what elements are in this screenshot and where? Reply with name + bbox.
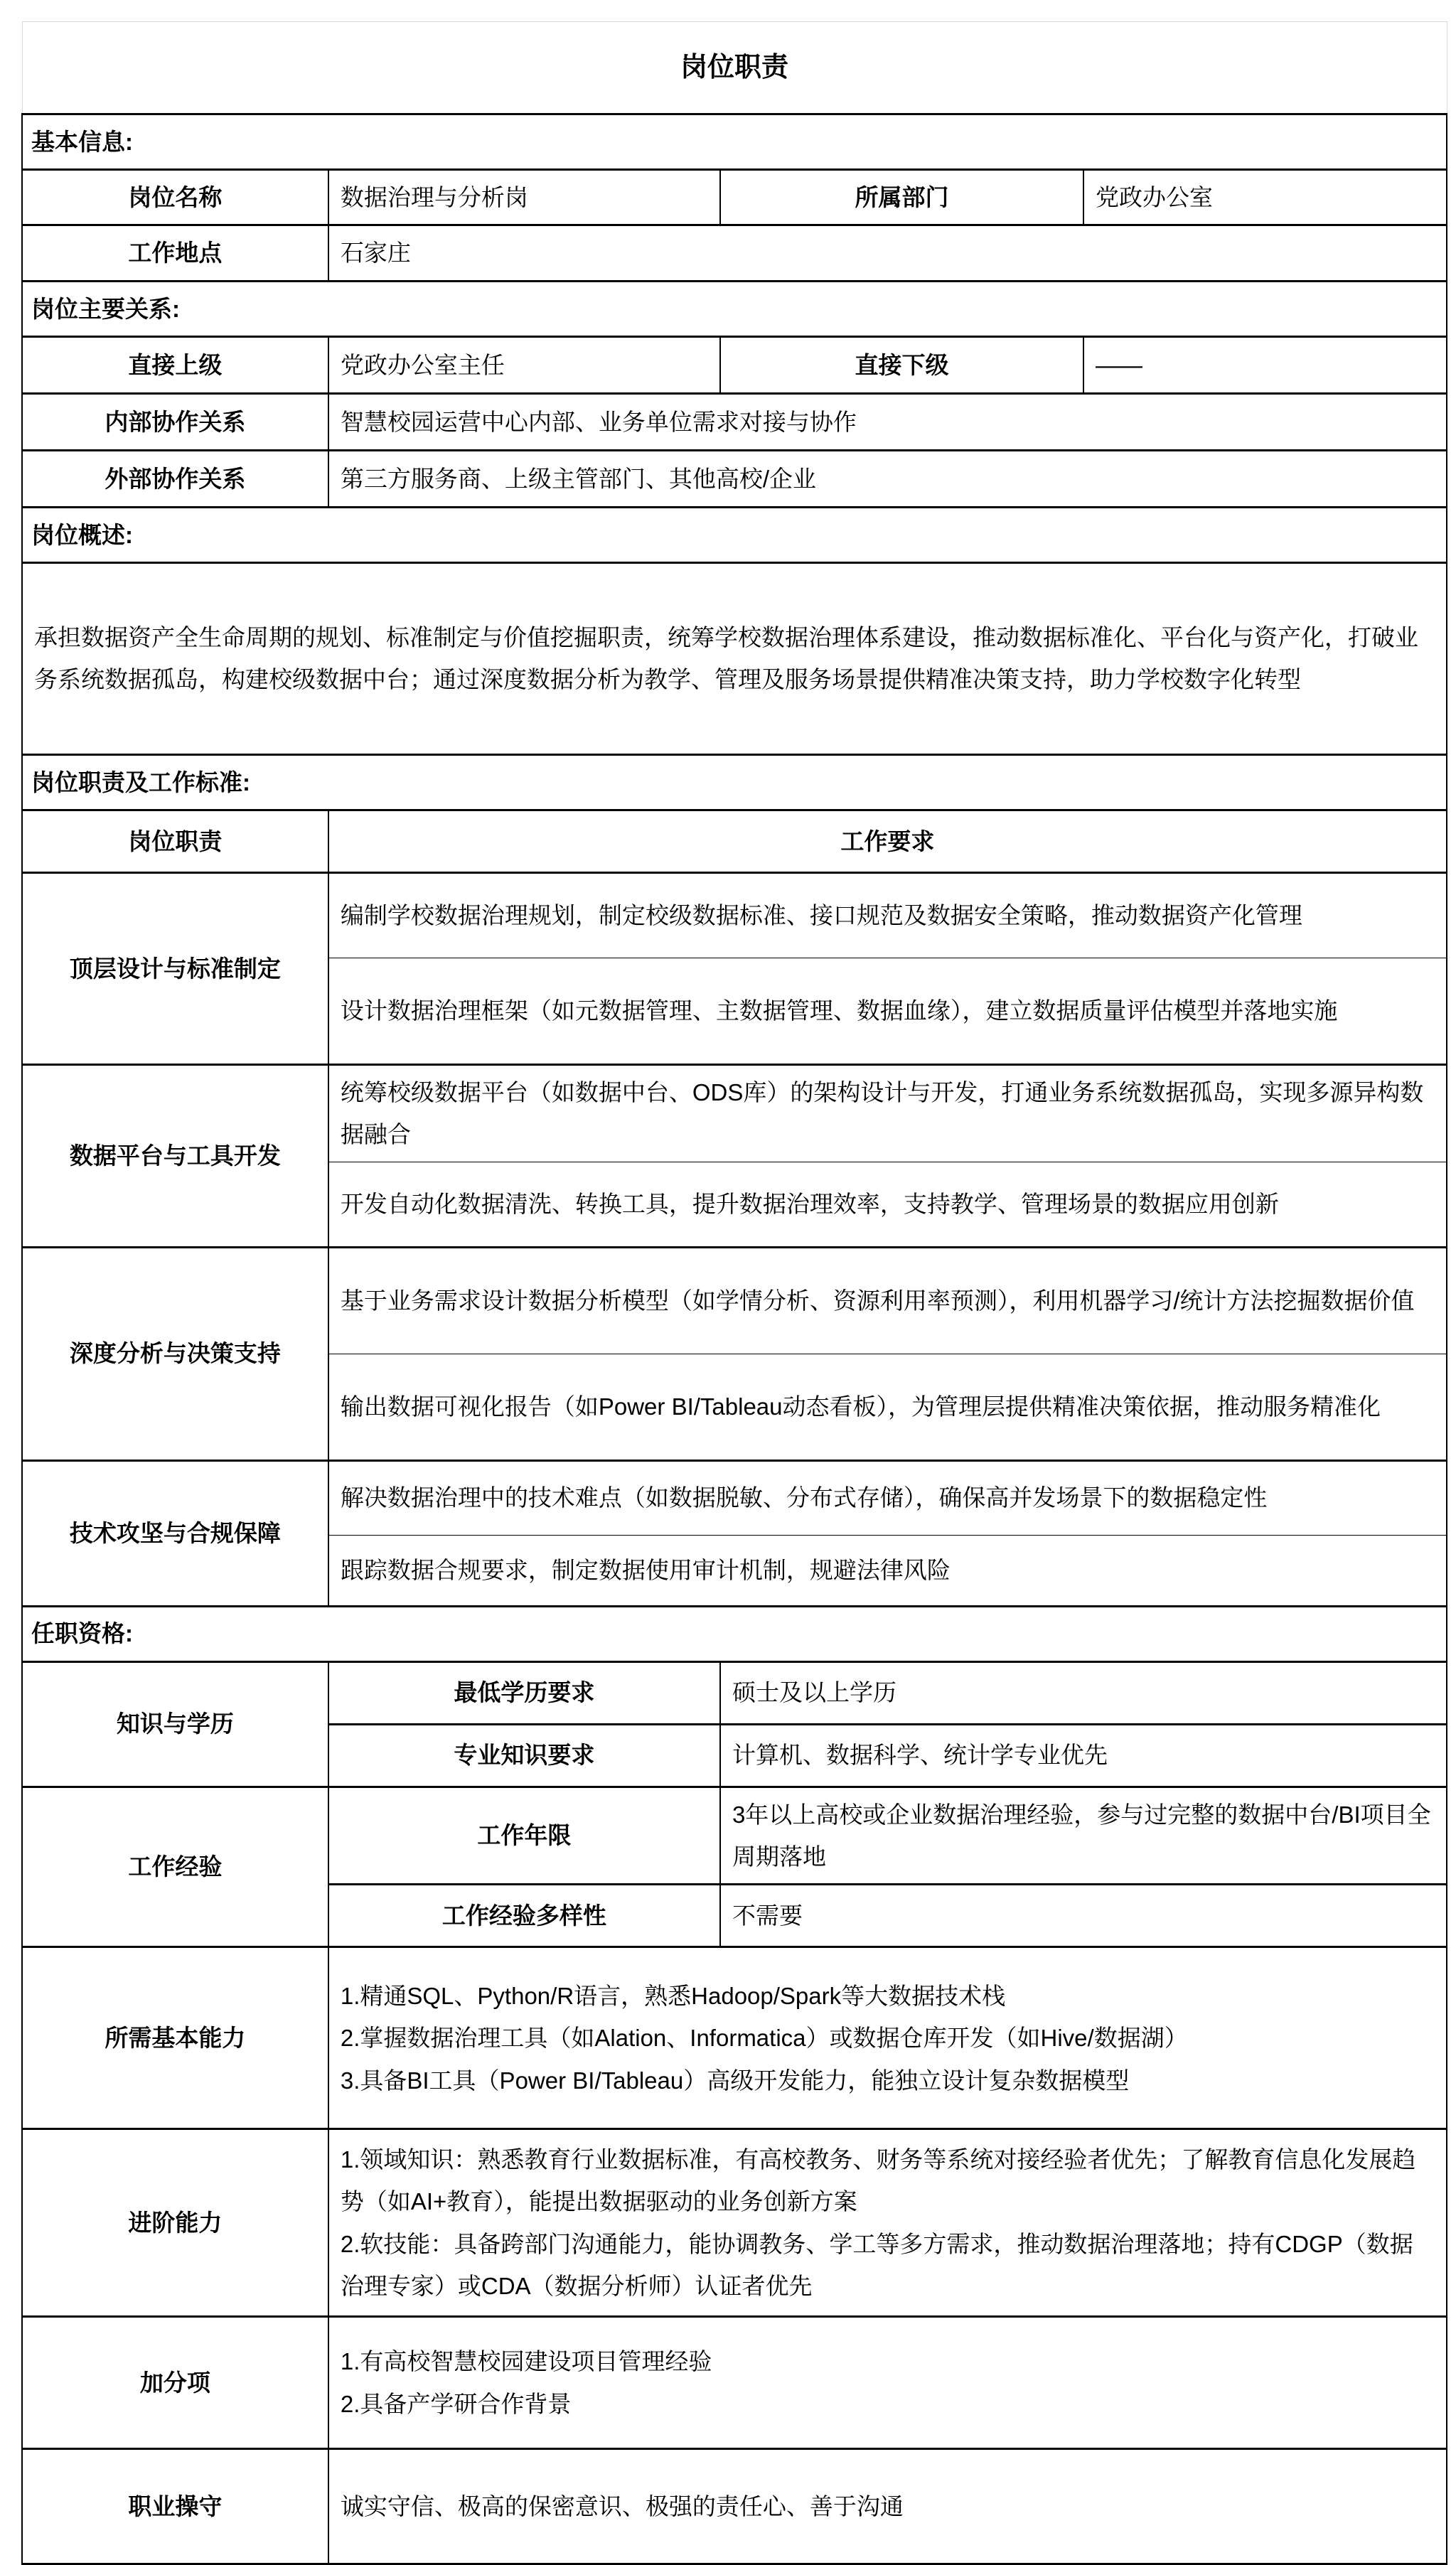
ability-line: 2.软技能：具备跨部门沟通能力，能协调教务、学工等多方需求，推动数据治理落地；持…	[341, 2223, 1435, 2308]
duty-name: 顶层设计与标准制定	[22, 872, 328, 1064]
section-header-qualifications: 任职资格:	[22, 1606, 1447, 1661]
value-internal-collaboration: 智慧校园运营中心内部、业务单位需求对接与协作	[328, 393, 1447, 450]
ability-line: 1.有高校智慧校园建设项目管理经验	[341, 2340, 1435, 2382]
value-professional-ethics: 诚实守信、极高的保密意识、极强的责任心、善于沟通	[328, 2449, 1447, 2564]
label-position-name: 岗位名称	[22, 170, 328, 225]
qualification-group-experience: 工作经验	[22, 1787, 328, 1947]
label-basic-abilities: 所需基本能力	[22, 1947, 328, 2129]
ability-line: 1.精通SQL、Python/R语言，熟悉Hadoop/Spark等大数据技术栈	[341, 1975, 1435, 2017]
value-years-of-experience: 3年以上高校或企业数据治理经验，参与过完整的数据中台/BI项目全周期落地	[720, 1787, 1447, 1885]
duty-name: 技术攻坚与合规保障	[22, 1460, 328, 1606]
value-department: 党政办公室	[1083, 170, 1447, 225]
duty-requirement: 开发自动化数据清洗、转换工具，提升数据治理效率，支持教学、管理场景的数据应用创新	[328, 1162, 1447, 1247]
job-description-table: 岗位职责 基本信息: 岗位名称 数据治理与分析岗 所属部门 党政办公室 工作地点…	[21, 21, 1447, 2565]
duty-requirement: 输出数据可视化报告（如Power BI/Tableau动态看板），为管理层提供精…	[328, 1354, 1447, 1460]
label-internal-collaboration: 内部协作关系	[22, 393, 328, 450]
duty-requirement: 统筹校级数据平台（如数据中台、ODS库）的架构设计与开发，打通业务系统数据孤岛，…	[328, 1064, 1447, 1162]
value-bonus-points: 1.有高校智慧校园建设项目管理经验 2.具备产学研合作背景	[328, 2317, 1447, 2449]
label-external-collaboration: 外部协作关系	[22, 450, 328, 507]
label-professional-knowledge: 专业知识要求	[328, 1724, 720, 1787]
value-min-education: 硕士及以上学历	[720, 1661, 1447, 1724]
label-min-education: 最低学历要求	[328, 1661, 720, 1724]
value-work-location: 石家庄	[328, 225, 1447, 281]
duties-column-header-duty: 岗位职责	[22, 810, 328, 872]
duty-requirement: 设计数据治理框架（如元数据管理、主数据管理、数据血缘），建立数据质量评估模型并落…	[328, 958, 1447, 1064]
ability-line: 3.具备BI工具（Power BI/Tableau）高级开发能力，能独立设计复杂…	[341, 2060, 1435, 2101]
overview-paragraph: 承担数据资产全生命周期的规划、标准制定与价值挖掘职责，统筹学校数据治理体系建设，…	[22, 562, 1447, 754]
value-basic-abilities: 1.精通SQL、Python/R语言，熟悉Hadoop/Spark等大数据技术栈…	[328, 1947, 1447, 2129]
duties-column-header-requirement: 工作要求	[328, 810, 1447, 872]
ability-line: 2.掌握数据治理工具（如Alation、Informatica）或数据仓库开发（…	[341, 2017, 1435, 2059]
ability-line: 2.具备产学研合作背景	[341, 2383, 1435, 2425]
section-header-duties: 岗位职责及工作标准:	[22, 754, 1447, 810]
ability-line: 诚实守信、极高的保密意识、极强的责任心、善于沟通	[341, 2485, 1435, 2527]
duty-requirement: 跟踪数据合规要求，制定数据使用审计机制，规避法律风险	[328, 1535, 1447, 1606]
label-direct-subordinate: 直接下级	[720, 336, 1083, 393]
duty-requirement: 编制学校数据治理规划，制定校级数据标准、接口规范及数据安全策略，推动数据资产化管…	[328, 872, 1447, 958]
qualification-group-knowledge: 知识与学历	[22, 1661, 328, 1787]
label-bonus-points: 加分项	[22, 2317, 328, 2449]
duty-requirement: 基于业务需求设计数据分析模型（如学情分析、资源利用率预测），利用机器学习/统计方…	[328, 1247, 1447, 1354]
ability-line: 1.领域知识：熟悉教育行业数据标准，有高校教务、财务等系统对接经验者优先；了解教…	[341, 2138, 1435, 2223]
value-direct-supervisor: 党政办公室主任	[328, 336, 720, 393]
section-header-relations: 岗位主要关系:	[22, 281, 1447, 336]
value-professional-knowledge: 计算机、数据科学、统计学专业优先	[720, 1724, 1447, 1787]
label-direct-supervisor: 直接上级	[22, 336, 328, 393]
label-department: 所属部门	[720, 170, 1083, 225]
label-advanced-abilities: 进阶能力	[22, 2129, 328, 2317]
section-header-overview: 岗位概述:	[22, 507, 1447, 562]
value-experience-diversity: 不需要	[720, 1885, 1447, 1947]
label-experience-diversity: 工作经验多样性	[328, 1885, 720, 1947]
label-professional-ethics: 职业操守	[22, 2449, 328, 2564]
value-advanced-abilities: 1.领域知识：熟悉教育行业数据标准，有高校教务、财务等系统对接经验者优先；了解教…	[328, 2129, 1447, 2317]
label-years-of-experience: 工作年限	[328, 1787, 720, 1885]
duty-name: 数据平台与工具开发	[22, 1064, 328, 1247]
label-work-location: 工作地点	[22, 225, 328, 281]
value-position-name: 数据治理与分析岗	[328, 170, 720, 225]
value-direct-subordinate: ——	[1083, 336, 1447, 393]
duty-requirement: 解决数据治理中的技术难点（如数据脱敏、分布式存储），确保高并发场景下的数据稳定性	[328, 1460, 1447, 1535]
value-external-collaboration: 第三方服务商、上级主管部门、其他高校/企业	[328, 450, 1447, 507]
duty-name: 深度分析与决策支持	[22, 1247, 328, 1460]
page-title: 岗位职责	[22, 22, 1447, 114]
section-header-basic-info: 基本信息:	[22, 114, 1447, 170]
